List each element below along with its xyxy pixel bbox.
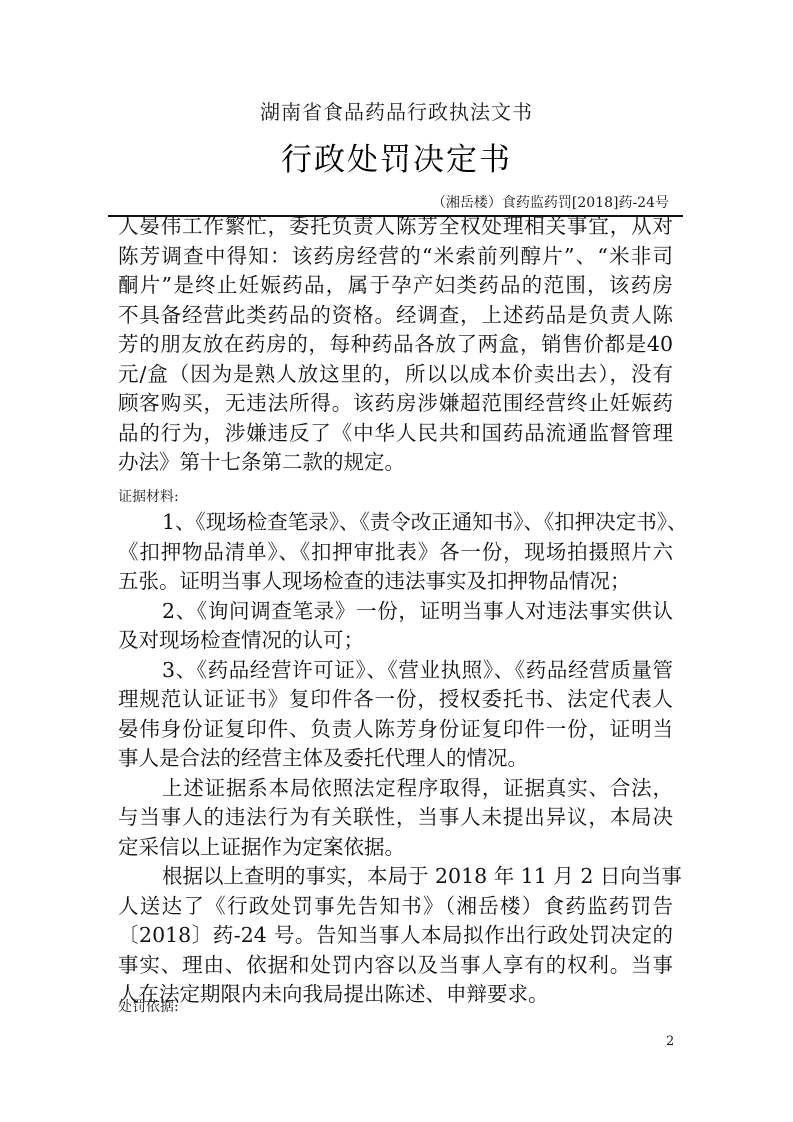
text-line: 不具备经营此类药品的资格。经调查，上述药品是负责人陈 xyxy=(118,301,673,331)
text-line: 人送达了《行政处罚事先告知书》（湘岳楼）食药监药罚告 xyxy=(118,892,673,922)
text-line: 人晏伟工作繁忙，委托负责人陈芳全权处理相关事宜，从对 xyxy=(118,212,673,242)
evidence-item-1: 1、《现场检查笔录》、《责令改正通知书》、《扣押决定书》、 xyxy=(118,508,673,538)
document-number: （湘岳楼）食药监药罚[2018]药-24号 xyxy=(432,192,669,212)
penalty-basis-label: 处罚依据: xyxy=(118,996,179,1016)
evidence-item-3: 3、《药品经营许可证》、《营业执照》、《药品经营质量管 xyxy=(118,656,673,686)
text-line: 《扣押物品清单》、《扣押审批表》各一份，现场拍摄照片六 xyxy=(118,538,673,568)
text-line: 陈芳调查中得知：该药房经营的“米索前列醇片”、“米非司 xyxy=(118,242,673,272)
text-line: 顾客购买，无违法所得。该药房涉嫌超范围经营终止妊娠药 xyxy=(118,389,673,419)
text-line: 人在法定期限内未向我局提出陈述、申辩要求。 xyxy=(118,980,673,1010)
evidence-label: 证据材料: xyxy=(118,486,179,506)
text-line: 及对现场检查情况的认可； xyxy=(118,626,673,656)
facts-paragraph: 人晏伟工作繁忙，委托负责人陈芳全权处理相关事宜，从对 陈芳调查中得知：该药房经营… xyxy=(118,212,673,478)
evidence-item-2: 2、《询问调查笔录》一份，证明当事人对违法事实供认 xyxy=(118,597,673,627)
text-line: 办法》第十七条第二款的规定。 xyxy=(118,448,673,478)
evidence-summary-paragraph: 上述证据系本局依照法定程序取得，证据真实、合法， xyxy=(118,774,673,804)
text-line: 五张。证明当事人现场检查的违法事实及扣押物品情况； xyxy=(118,567,673,597)
text-line: 晏伟身份证复印件、负责人陈芳身份证复印件一份，证明当 xyxy=(118,715,673,745)
issuing-authority-subtitle: 湖南省食品药品行政执法文书 xyxy=(0,96,793,125)
page-number: 2 xyxy=(666,1034,674,1049)
text-line: 〔2018〕药-24 号。告知当事人本局拟作出行政处罚决定的 xyxy=(118,921,673,951)
text-line: 定采信以上证据作为定案依据。 xyxy=(118,833,673,863)
text-line: 事实、理由、依据和处罚内容以及当事人享有的权利。当事 xyxy=(118,951,673,981)
evidence-list: 1、《现场检查笔录》、《责令改正通知书》、《扣押决定书》、 《扣押物品清单》、《… xyxy=(118,508,673,1010)
document-page: 湖南省食品药品行政执法文书 行政处罚决定书 （湘岳楼）食药监药罚[2018]药-… xyxy=(0,0,793,1122)
text-line: 理规范认证证书》复印件各一份，授权委托书、法定代表人 xyxy=(118,685,673,715)
text-line: 事人是合法的经营主体及委托代理人的情况。 xyxy=(118,744,673,774)
text-line: 品的行为，涉嫌违反了《中华人民共和国药品流通监督管理 xyxy=(118,419,673,449)
document-title: 行政处罚决定书 xyxy=(0,134,793,179)
notification-paragraph: 根据以上查明的事实，本局于 2018 年 11 月 2 日向当事 xyxy=(118,862,673,892)
text-line: 元/盒（因为是熟人放这里的，所以以成本价卖出去），没有 xyxy=(118,360,673,390)
text-line: 与当事人的违法行为有关联性，当事人未提出异议，本局决 xyxy=(118,803,673,833)
text-line: 酮片”是终止妊娠药品，属于孕产妇类药品的范围，该药房 xyxy=(118,271,673,301)
text-line: 芳的朋友放在药房的，每种药品各放了两盒，销售价都是40 xyxy=(118,330,673,360)
